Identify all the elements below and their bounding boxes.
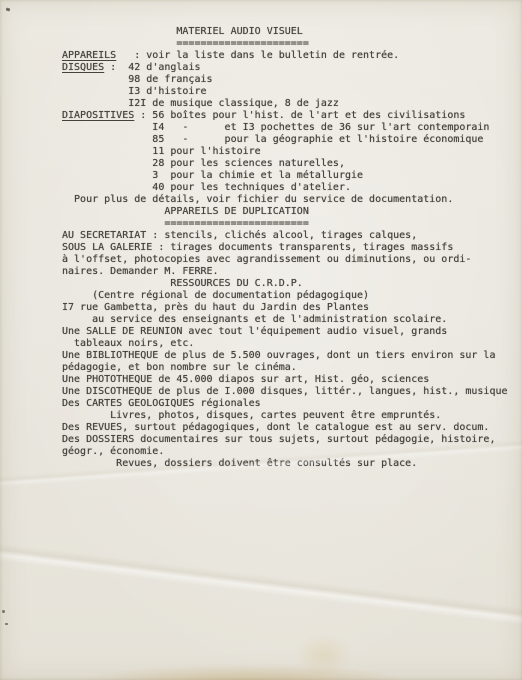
duplication-heading: APPAREILS DE DUPLICATION ===============… <box>62 206 517 230</box>
diapositives-list: I4 - et I3 pochettes de 36 sur l'art con… <box>62 122 489 205</box>
disques-first-line: : 42 d'anglais <box>104 62 200 73</box>
page-title-block: MATERIEL AUDIO VISUEL ==================… <box>62 26 517 50</box>
section-salle-de-reunion: Une SALLE DE REUNION avec tout l'équipem… <box>62 326 517 350</box>
section-discotheque: Une DISCOTHEQUE de plus de I.000 disques… <box>62 386 517 398</box>
section-secretariat: AU SECRETARIAT : stencils, clichés alcoo… <box>62 230 517 278</box>
diapositives-first-line: : 56 boîtes pour l'hist. de l'art et des… <box>134 110 465 121</box>
section-dossiers: Des DOSSIERS documentaires sur tous suje… <box>62 434 517 470</box>
disques-list: 98 de français I3 d'histoire I2I de musi… <box>62 74 339 109</box>
diapositives-label: DIAPOSITIVES <box>62 110 134 121</box>
section-disques: DISQUES : 42 d'anglais 98 de français I3… <box>62 62 517 110</box>
scanned-document-page: MATERIEL AUDIO VISUEL ==================… <box>0 0 522 680</box>
appareils-text: : voir la liste dans le bulletin de rent… <box>116 50 399 61</box>
typed-text-layer: MATERIEL AUDIO VISUEL ==================… <box>62 26 517 470</box>
section-appareils: APPAREILS : voir la liste dans le bullet… <box>62 50 517 62</box>
appareils-label: APPAREILS <box>62 50 116 61</box>
paper-stain <box>292 632 356 678</box>
section-ressources-crdp: RESSOURCES DU C.R.D.P. (Centre régional … <box>62 278 517 326</box>
disques-label: DISQUES <box>62 62 104 73</box>
section-bibliotheque: Une BIBLIOTHEQUE de plus de 5.500 ouvrag… <box>62 350 517 374</box>
section-phototheque: Une PHOTOTHEQUE de 45.000 diapos sur art… <box>62 374 517 386</box>
ink-speck-top-left <box>6 7 11 11</box>
ink-speck-left-lower-1 <box>2 610 5 613</box>
section-diapositives: DIAPOSITIVES : 56 boîtes pour l'hist. de… <box>62 110 517 206</box>
section-revues: Des REVUES, surtout pédagogiques, dont l… <box>62 422 517 434</box>
paper-bottom-edge-discoloration <box>80 664 412 680</box>
paper-crease-bottom <box>0 535 522 635</box>
section-cartes-geologiques: Des CARTES GEOLOGIQUES régionales Livres… <box>62 398 517 422</box>
ink-speck-left-lower-2 <box>5 623 8 625</box>
